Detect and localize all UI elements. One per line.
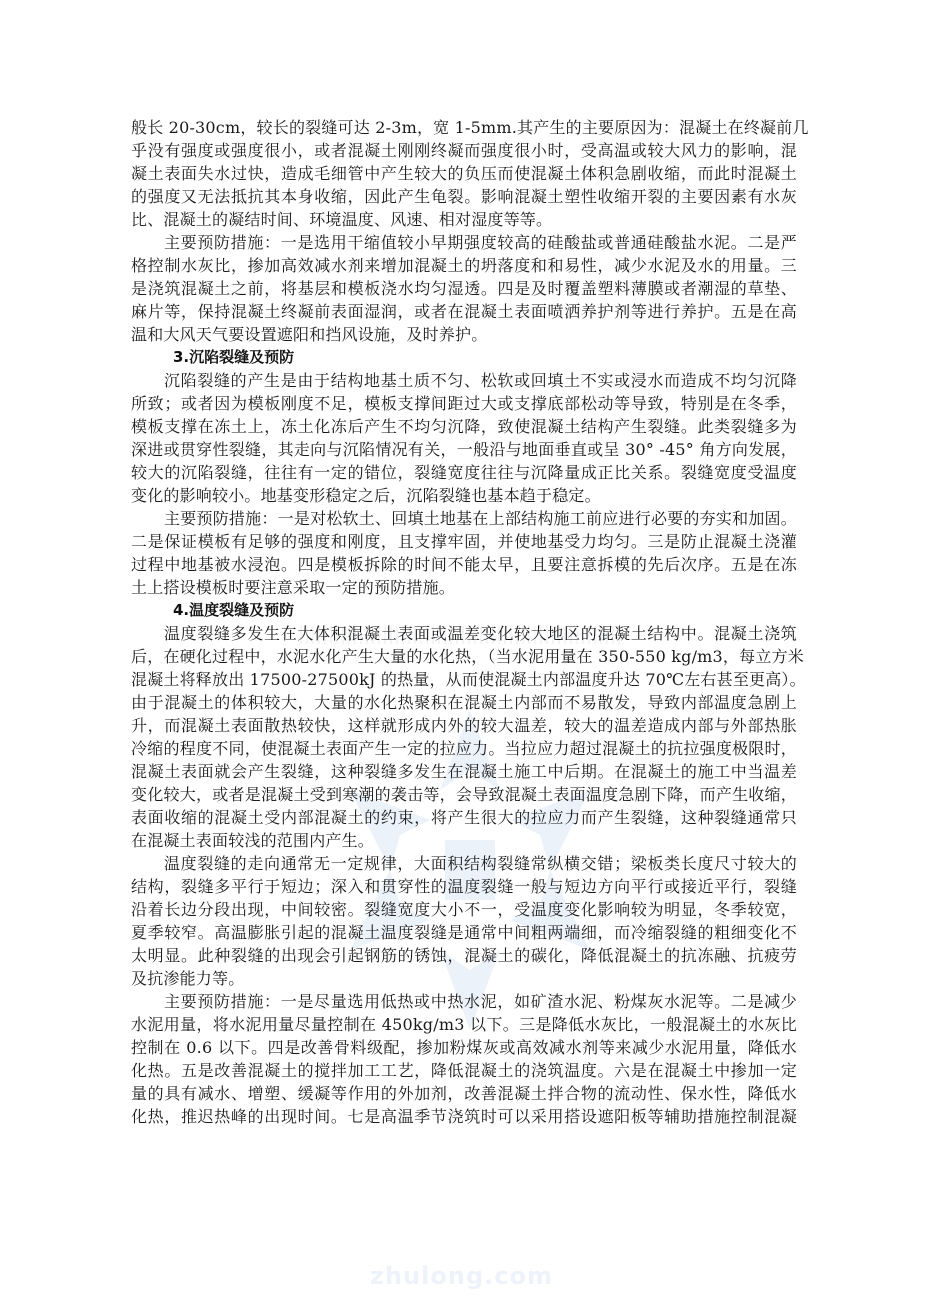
document-body: 般长 20-30cm，较长的裂缝可达 2-3m，宽 1-5mm.其产生的主要原因…	[131, 116, 797, 1128]
paragraph: 主要预防措施：一是对松软土、回填土地基在上部结构施工前应进行必要的夯实和加固。二…	[131, 507, 797, 599]
text-line: 的强度又无法抵抗其本身收缩，因此产生龟裂。影响混凝土塑性收缩开裂的主要因素有水灰	[131, 185, 797, 208]
text-line: 过程中地基被水浸泡。四是模板拆除的时间不能太早，且要注意拆模的先后次序。五是在冻	[131, 553, 797, 576]
text-line: 较大的沉陷裂缝，往往有一定的错位，裂缝宽度往往与沉降量成正比关系。裂缝宽度受温度	[131, 461, 797, 484]
text-line: 冷缩的程度不同，使混凝土表面产生一定的拉应力。当拉应力超过混凝土的抗拉强度极限时…	[131, 737, 797, 760]
paragraph: 主要预防措施：一是选用干缩值较小早期强度较高的硅酸盐或普通硅酸盐水泥。二是严格控…	[131, 231, 797, 346]
text-line: 混凝土将释放出 17500-27500kJ 的热量，从而使混凝土内部温度升达 7…	[131, 668, 797, 691]
text-line: 沉陷裂缝的产生是由于结构地基土质不匀、松软或回填土不实或浸水而造成不均匀沉降	[131, 369, 797, 392]
text-line: 主要预防措施：一是尽量选用低热或中热水泥，如矿渣水泥、粉煤灰水泥等。二是减少	[131, 990, 797, 1013]
paragraph: 沉陷裂缝的产生是由于结构地基土质不匀、松软或回填土不实或浸水而造成不均匀沉降所致…	[131, 369, 797, 507]
text-line: 麻片等，保持混凝土终凝前表面湿润，或者在混凝土表面喷洒养护剂等进行养护。五是在高	[131, 300, 797, 323]
text-line: 温度裂缝的走向通常无一定规律，大面积结构裂缝常纵横交错；梁板类长度尺寸较大的	[131, 852, 797, 875]
text-line: 温度裂缝多发生在大体积混凝土表面或温差变化较大地区的混凝土结构中。混凝土浇筑	[131, 622, 797, 645]
text-line: 升，而混凝土表面散热较快，这样就形成内外的较大温差，较大的温差造成内部与外部热胀	[131, 714, 797, 737]
document-page: zhulong.com 般长 20-30cm，较长的裂缝可达 2-3m，宽 1-…	[0, 0, 925, 1309]
text-line: 温和大风天气要设置遮阳和挡风设施，及时养护。	[131, 323, 797, 346]
text-line: 所致；或者因为模板刚度不足，模板支撑间距过大或支撑底部松动等导致，特别是在冬季，	[131, 392, 797, 415]
text-line: 主要预防措施：一是选用干缩值较小早期强度较高的硅酸盐或普通硅酸盐水泥。二是严	[131, 231, 797, 254]
text-line: 变化较大，或者是混凝土受到寒潮的袭击等，会导致混凝土表面温度急剧下降，而产生收缩…	[131, 783, 797, 806]
text-line: 后，在硬化过程中，水泥水化产生大量的水化热，（当水泥用量在 350-550 kg…	[131, 645, 797, 668]
text-line: 沿着长边分段出现，中间较密。裂缝宽度大小不一，受温度变化影响较为明显，冬季较宽，	[131, 898, 797, 921]
paragraph: 主要预防措施：一是尽量选用低热或中热水泥，如矿渣水泥、粉煤灰水泥等。二是减少水泥…	[131, 990, 797, 1128]
text-line: 是浇筑混凝土之前，将基层和模板浇水均匀湿透。四是及时覆盖塑料薄膜或者潮湿的草垫、	[131, 277, 797, 300]
text-line: 主要预防措施：一是对松软土、回填土地基在上部结构施工前应进行必要的夯实和加固。	[131, 507, 797, 530]
watermark-text: zhulong.com	[370, 1262, 553, 1290]
paragraph: 般长 20-30cm，较长的裂缝可达 2-3m，宽 1-5mm.其产生的主要原因…	[131, 116, 797, 231]
text-line: 在混凝土表面较浅的范围内产生。	[131, 829, 797, 852]
section-heading: 3.沉陷裂缝及预防	[131, 346, 797, 369]
text-line: 格控制水灰比，掺加高效减水剂来增加混凝土的坍落度和和易性，减少水泥及水的用量。三	[131, 254, 797, 277]
text-line: 量的具有减水、增塑、缓凝等作用的外加剂，改善混凝土拌合物的流动性、保水性，降低水	[131, 1082, 797, 1105]
text-line: 混凝土表面就会产生裂缝，这种裂缝多发生在混凝土施工中后期。在混凝土的施工中当温差	[131, 760, 797, 783]
text-line: 乎没有强度或强度很小，或者混凝土刚刚终凝而强度很小时，受高温或较大风力的影响，混	[131, 139, 797, 162]
text-line: 化热。五是改善混凝土的搅拌加工工艺，降低混凝土的浇筑温度。六是在混凝土中掺加一定	[131, 1059, 797, 1082]
text-line: 结构，裂缝多平行于短边；深入和贯穿性的温度裂缝一般与短边方向平行或接近平行，裂缝	[131, 875, 797, 898]
text-line: 水泥用量，将水泥用量尽量控制在 450kg/m3 以下。三是降低水灰比，一般混凝…	[131, 1013, 797, 1036]
text-line: 及抗渗能力等。	[131, 967, 797, 990]
text-line: 太明显。此种裂缝的出现会引起钢筋的锈蚀，混凝土的碳化，降低混凝土的抗冻融、抗疲劳	[131, 944, 797, 967]
text-line: 模板支撑在冻土上，冻土化冻后产生不均匀沉降，致使混凝土结构产生裂缝。此类裂缝多为	[131, 415, 797, 438]
paragraph: 温度裂缝多发生在大体积混凝土表面或温差变化较大地区的混凝土结构中。混凝土浇筑后，…	[131, 622, 797, 852]
text-line: 般长 20-30cm，较长的裂缝可达 2-3m，宽 1-5mm.其产生的主要原因…	[131, 116, 797, 139]
text-line: 凝土表面失水过快，造成毛细管中产生较大的负压而使混凝土体积急剧收缩，而此时混凝土	[131, 162, 797, 185]
text-line: 深进或贯穿性裂缝，其走向与沉陷情况有关，一般沿与地面垂直或呈 30° -45° …	[131, 438, 797, 461]
text-line: 表面收缩的混凝土受内部混凝土的约束，将产生很大的拉应力而产生裂缝，这种裂缝通常只	[131, 806, 797, 829]
section-heading: 4.温度裂缝及预防	[131, 599, 797, 622]
text-line: 比、混凝土的凝结时间、环境温度、风速、相对湿度等等。	[131, 208, 797, 231]
text-line: 由于混凝土的体积较大，大量的水化热聚积在混凝土内部而不易散发，导致内部温度急剧上	[131, 691, 797, 714]
paragraph: 温度裂缝的走向通常无一定规律，大面积结构裂缝常纵横交错；梁板类长度尺寸较大的结构…	[131, 852, 797, 990]
text-line: 二是保证模板有足够的强度和刚度，且支撑牢固，并使地基受力均匀。三是防止混凝土浇灌	[131, 530, 797, 553]
text-line: 变化的影响较小。地基变形稳定之后，沉陷裂缝也基本趋于稳定。	[131, 484, 797, 507]
text-line: 土上搭设模板时要注意采取一定的预防措施。	[131, 576, 797, 599]
text-line: 夏季较窄。高温膨胀引起的混凝土温度裂缝是通常中间粗两端细，而冷缩裂缝的粗细变化不	[131, 921, 797, 944]
text-line: 控制在 0.6 以下。四是改善骨料级配，掺加粉煤灰或高效减水剂等来减少水泥用量，…	[131, 1036, 797, 1059]
text-line: 化热，推迟热峰的出现时间。七是高温季节浇筑时可以采用搭设遮阳板等辅助措施控制混凝	[131, 1105, 797, 1128]
